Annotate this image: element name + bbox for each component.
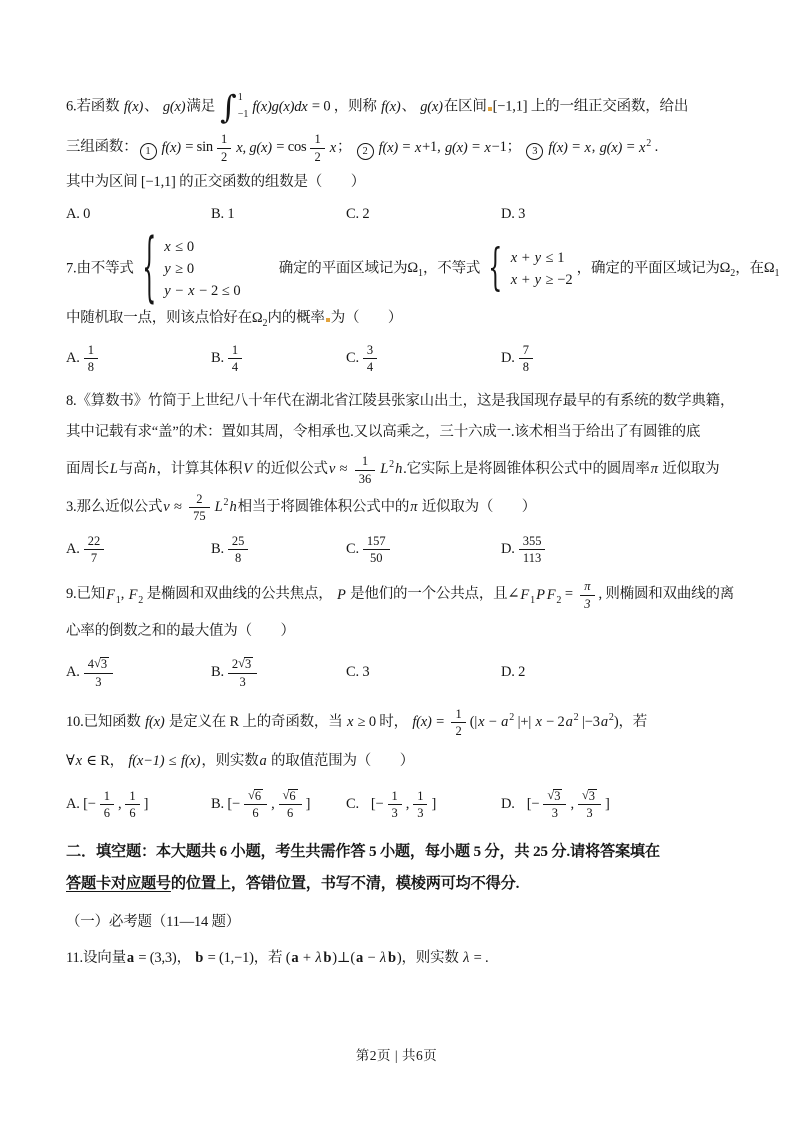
q7-line-2: 中随机取一点，则该点恰好在Ω2内的概率为（ ）	[66, 308, 733, 331]
q9-line-2: 心率的倒数之和的最大值为（ ）	[66, 621, 733, 643]
text-run: ，则实数	[201, 753, 258, 769]
option-cell: A. 4√33	[66, 657, 211, 689]
fraction: 34	[363, 343, 377, 375]
text-run: 与高	[119, 461, 148, 477]
math-variable: x	[483, 140, 491, 156]
text-run: =	[399, 140, 414, 156]
fraction: 12	[451, 707, 465, 739]
math-variable: f(x)	[547, 140, 568, 156]
text-run: ,	[570, 794, 573, 816]
fraction-denominator: 8	[519, 358, 533, 374]
math-variable: L	[109, 461, 119, 477]
subscript-group: Ω1	[407, 260, 423, 276]
text-run: −	[364, 950, 379, 966]
text-run: 面周长	[66, 461, 109, 477]
text-run: ≈	[171, 499, 186, 515]
circled-number-icon: 1	[140, 143, 157, 160]
text-run: ,	[118, 794, 121, 816]
option-cell: B. 258	[211, 534, 346, 566]
fraction-numerator: √3	[578, 789, 601, 805]
fraction-numerator: 355	[519, 534, 546, 549]
fraction-denominator: 3	[580, 595, 594, 611]
math-variable: P	[535, 587, 546, 603]
text-run: 在区间	[444, 99, 487, 115]
fraction-numerator: 1	[100, 789, 114, 804]
fraction-numerator: 1	[388, 789, 402, 804]
q8-line-1: 8.《算数书》竹简于上世纪八十年代在湖北省江陵县张家山出土，这是我国现存最早的有…	[66, 391, 733, 413]
text-run: B. 1	[211, 204, 234, 226]
integral-lower-limit: −1	[238, 110, 249, 120]
square-root: √3	[238, 657, 253, 672]
fraction-numerator: 1	[84, 343, 98, 358]
fraction-numerator: 25	[228, 534, 249, 549]
fraction-numerator: 4√3	[84, 657, 113, 673]
math-variable: f(x−1)	[127, 753, 165, 769]
fraction-denominator: 3	[578, 804, 601, 820]
text-run: .它实际上是将圆锥体积公式中的圆周率	[403, 461, 650, 477]
text-run: +	[299, 950, 314, 966]
text-run: .	[651, 140, 658, 156]
superscript-group: a2	[600, 714, 614, 730]
brace-icon: {	[142, 231, 156, 306]
math-variable: y	[163, 283, 171, 299]
subscript-base: F	[105, 587, 116, 603]
math-variable: π	[650, 461, 659, 477]
q8-line-3: 面周长L与高h，计算其体积V 的近似公式v ≈ 136L2h.它实际上是将圆锥体…	[66, 454, 733, 486]
text-run: |−3	[579, 714, 600, 730]
math-variable: g(x)	[599, 140, 624, 156]
text-run: = sin	[182, 140, 213, 156]
text-run: A. 0	[66, 204, 90, 226]
text-run: D. 2	[501, 662, 525, 684]
superscript-group: L2	[379, 461, 394, 477]
fraction-numerator: 1	[413, 789, 427, 804]
math-variable: y	[534, 272, 542, 288]
text-run: (|	[470, 714, 477, 730]
text-run: ≤ 1	[542, 250, 564, 266]
fraction-numerator: 1	[451, 707, 465, 722]
text-run: 是椭圆和双曲线的公共焦点，	[143, 587, 336, 603]
text-run: ≈	[336, 461, 351, 477]
math-variable: x	[414, 140, 422, 156]
text-run: = (3,3)，	[135, 950, 194, 966]
text-run: = cos	[273, 140, 307, 156]
system-rows: x ≤ 0y ≥ 0y − x − 2 ≤ 0	[163, 238, 240, 300]
subscript-group: F2	[546, 587, 562, 603]
text-run: =	[623, 140, 638, 156]
text-run: 、	[401, 99, 419, 115]
fraction: √66	[244, 789, 267, 821]
text-run: 相当于将圆锥体积公式中的	[238, 499, 410, 515]
math-variable: λ	[462, 950, 470, 966]
text-run: C.	[346, 348, 359, 370]
text-run: = 0 ，则称	[309, 99, 381, 115]
math-variable: f(x)g(x)dx	[251, 99, 308, 115]
text-run: 近似取为（ ）	[418, 499, 536, 515]
system-row: y − x − 2 ≤ 0	[163, 282, 240, 300]
fraction-denominator: 2	[310, 148, 324, 164]
option-cell: B. [−√66,√66]	[211, 789, 346, 821]
fraction: √33	[578, 789, 601, 821]
text-run: ；	[337, 140, 355, 156]
fraction: 18	[84, 343, 98, 375]
math-variable: x	[75, 753, 83, 769]
subscript-base: Ω	[407, 260, 418, 276]
math-variable: x, g(x)	[235, 140, 273, 156]
math-variable: f(x)	[161, 140, 182, 156]
option-cell: D. 355113	[501, 534, 733, 566]
subscript-group: Ω2	[252, 310, 268, 326]
text-run: +	[518, 250, 533, 266]
text-run: 满足	[186, 99, 215, 115]
fraction: π3	[580, 579, 594, 611]
integral-limits: 1−1	[237, 92, 249, 122]
subscript: 1	[774, 268, 779, 279]
q6-line-2: 三组函数：1f(x) = sin12x, g(x) = cos12x； 2f(x…	[66, 132, 733, 164]
math-variable: g(x)	[419, 99, 444, 115]
superscript-base: a	[600, 714, 609, 730]
option-cell: C. 3	[346, 662, 501, 684]
text-run: 确定的平面区域记为	[279, 260, 408, 276]
fraction-denominator: 113	[519, 549, 546, 565]
subscript-base: F	[546, 587, 557, 603]
math-variable: a	[259, 753, 268, 769]
fraction-numerator: 157	[363, 534, 390, 549]
fraction-denominator: 4	[363, 358, 377, 374]
fraction: 16	[125, 789, 139, 821]
option-cell: C.[−13,13]	[346, 789, 501, 821]
text-run: ,	[406, 794, 409, 816]
fraction-numerator: √6	[279, 789, 302, 805]
math-variable: x	[510, 250, 518, 266]
radicand: 6	[288, 789, 297, 804]
math-variable: y	[534, 250, 542, 266]
text-run: ，确定的平面区域记为	[577, 260, 720, 276]
text-run: 、	[144, 99, 162, 115]
math-variable: f(x)	[144, 714, 165, 730]
fraction: 15750	[363, 534, 390, 566]
fraction-denominator: 3	[388, 804, 402, 820]
q6-line-1: 6.若函数 f(x)、 g(x)满足∫1−1f(x)g(x)dx = 0 ，则称…	[66, 92, 733, 122]
subscript-group: Ω2	[720, 260, 736, 276]
text-run: ]	[144, 794, 149, 816]
text-run: )，则实数	[397, 950, 462, 966]
radicand: 3	[553, 789, 562, 804]
fraction: 2√33	[228, 657, 257, 689]
q7-options: A. 18B. 14C. 34D. 78	[66, 343, 733, 375]
math-variable: f(x)	[380, 99, 401, 115]
math-variable: π	[409, 499, 418, 515]
inequality-system: {x ≤ 0y ≥ 0y − x − 2 ≤ 0	[138, 238, 241, 300]
fraction-denominator: 4	[228, 358, 242, 374]
text-run: +	[518, 272, 533, 288]
text-run: ≤ 0	[172, 239, 194, 255]
math-variable: x	[329, 140, 337, 156]
q8-line-4: 3.那么近似公式v ≈ 275L2h相当于将圆锥体积公式中的π 近似取为（ ）	[66, 492, 733, 524]
fraction: 258	[228, 534, 249, 566]
square-root: √3	[547, 789, 562, 804]
text-run: ]	[431, 794, 436, 816]
q6-line-3: 其中为区间 [−1,1] 的正交函数的组数是（ ）	[66, 172, 733, 194]
vector-symbol: b	[387, 950, 397, 966]
q10-line-1: 10.已知函数 f(x) 是定义在 R 上的奇函数，当 x ≥ 0 时， f(x…	[66, 707, 733, 739]
text-run: ∈ R，	[83, 753, 128, 769]
fraction: √66	[279, 789, 302, 821]
text-run: 心率的倒数之和的最大值为（ ）	[66, 623, 295, 639]
superscript-group: x2	[638, 140, 651, 156]
text-run: ∀	[66, 753, 75, 769]
system-row: x + y ≤ 1	[510, 249, 573, 267]
option-cell: A. 0	[66, 204, 211, 226]
fraction-denominator: 3	[543, 804, 566, 820]
text-run: =	[561, 587, 576, 603]
text-run: − 2	[543, 714, 565, 730]
fraction-numerator: 1	[310, 132, 324, 147]
fraction: 12	[217, 132, 231, 164]
text-run: ,	[592, 140, 599, 156]
fraction: 4√33	[84, 657, 113, 689]
text-run: 二．填空题：本大题共 6 小题，考生共需作答 5 小题，每小题 5 分，共 25…	[66, 843, 660, 860]
math-variable: f(x)	[180, 753, 201, 769]
superscript-base: a	[500, 714, 509, 730]
text-run: )⊥(	[332, 950, 355, 966]
text-run: 为（ ）	[331, 310, 403, 326]
text-run: B.	[211, 539, 224, 561]
brace-icon: {	[488, 244, 502, 293]
math-variable: g(x)	[444, 140, 469, 156]
square-root: √3	[94, 657, 109, 672]
math-variable: P	[336, 587, 347, 603]
text-run: C. 2	[346, 204, 369, 226]
text-run: 8.《算数书》竹简于上世纪八十年代在湖北省江陵县张家山出土，这是我国现存最早的有…	[66, 393, 734, 409]
fraction-numerator: π	[580, 579, 594, 594]
q8-options: A. 227B. 258C. 15750D. 355113	[66, 534, 733, 566]
fraction-denominator: 3	[413, 804, 427, 820]
superscript-base: a	[565, 714, 574, 730]
vector-symbol: b	[194, 950, 204, 966]
text-run: −	[172, 283, 187, 299]
text-run: ≥ 0	[172, 261, 194, 277]
fraction-numerator: √3	[543, 789, 566, 805]
vector-symbol: a	[126, 950, 135, 966]
circled-number-icon: 3	[526, 143, 543, 160]
text-run: 的取值范围为（ ）	[268, 753, 414, 769]
text-run: ，计算其体积	[156, 461, 242, 477]
scan-artifact-dot	[326, 318, 330, 322]
radicand: 3	[588, 789, 597, 804]
fraction: 13	[413, 789, 427, 821]
text-run: [−1,1] 上的一组正交函数，给出	[493, 99, 688, 115]
text-run: 内的概率	[267, 310, 324, 326]
fraction-denominator: 3	[84, 673, 113, 689]
fraction-denominator: 2	[451, 722, 465, 738]
fraction-numerator: 1	[358, 454, 372, 469]
text-run: D.	[501, 348, 515, 370]
subscript-base: Ω	[720, 260, 731, 276]
text-run: 三组函数：	[66, 140, 138, 156]
option-cell: B. 2√33	[211, 657, 346, 689]
q7-line-1: 7.由不等式{x ≤ 0y ≥ 0y − x − 2 ≤ 0确定的平面区域记为Ω…	[66, 238, 733, 300]
text-run: 近似取为	[659, 461, 720, 477]
math-variable: x	[346, 714, 354, 730]
fraction: 355113	[519, 534, 546, 566]
math-variable: v	[328, 461, 336, 477]
text-run: 9.已知	[66, 587, 105, 603]
text-run: |+|	[514, 714, 534, 730]
math-variable: v	[162, 499, 170, 515]
text-run: A. [−	[66, 794, 96, 816]
text-run: B.	[211, 662, 224, 684]
q9-options: A. 4√33B. 2√33C. 3D. 2	[66, 657, 733, 689]
fraction: 13	[388, 789, 402, 821]
superscript-group: a2	[500, 714, 514, 730]
fraction: 275	[189, 492, 210, 524]
radicand: 6	[254, 789, 263, 804]
subscript-group: F1	[105, 587, 121, 603]
text-run: B. [−	[211, 794, 240, 816]
text-run: ，不等式	[423, 260, 480, 276]
exam-paper-page: 6.若函数 f(x)、 g(x)满足∫1−1f(x)g(x)dx = 0 ，则称…	[0, 0, 793, 1122]
fraction-numerator: 1	[217, 132, 231, 147]
option-cell: A. [−16,16]	[66, 789, 211, 821]
text-run: ≥ 0 时，	[354, 714, 411, 730]
fraction-numerator: 2√3	[228, 657, 257, 673]
vector-symbol: b	[322, 950, 332, 966]
math-variable: f(x)	[123, 99, 144, 115]
text-run: （一）必考题（11—14 题）	[66, 914, 240, 930]
text-run: ≥ −2	[542, 272, 573, 288]
subscript-base: Ω	[252, 310, 263, 326]
text-run: ,	[121, 587, 128, 603]
fraction-numerator: √6	[244, 789, 267, 805]
text-run: ,	[271, 794, 274, 816]
superscript-group: L2	[214, 499, 229, 515]
fraction-denominator: 6	[244, 804, 267, 820]
radicand: 3	[244, 657, 253, 672]
text-run: ]	[306, 794, 311, 816]
text-run: 的位置上，答错位置，书写不清，模棱两可均不得分.	[171, 875, 519, 892]
circled-number-icon: 2	[357, 143, 374, 160]
text-run: 中随机取一点，则该点恰好在	[66, 310, 252, 326]
questions-area: 6.若函数 f(x)、 g(x)满足∫1−1f(x)g(x)dx = 0 ，则称…	[66, 92, 733, 970]
option-cell: A. 18	[66, 343, 211, 375]
fraction: 227	[84, 534, 105, 566]
subscript-group: F1	[519, 587, 535, 603]
text-run: ≤	[165, 753, 180, 769]
subscript-base: Ω	[764, 260, 775, 276]
q6-options: A. 0B. 1C. 2D. 3	[66, 204, 733, 226]
text-run: 11.设向量	[66, 950, 126, 966]
text-run: .	[485, 950, 488, 966]
system-rows: x + y ≤ 1x + y ≥ −2	[510, 249, 573, 289]
subscript-base: F	[519, 587, 530, 603]
text-run: ，在	[735, 260, 764, 276]
option-cell: A. 227	[66, 534, 211, 566]
scan-artifact-dot	[488, 107, 492, 111]
fraction-numerator: 7	[519, 343, 533, 358]
fraction-numerator: 1	[228, 343, 242, 358]
text-run: C.	[346, 794, 359, 816]
q10-options: A. [−16,16]B. [−√66,√66]C.[−13,13]D.[−√3…	[66, 789, 733, 821]
text-run: 是定义在 R 上的奇函数，当	[165, 714, 345, 730]
superscript-base: L	[214, 499, 224, 515]
text-run: 3.那么近似公式	[66, 499, 162, 515]
page-number-label: 第2页 | 共6页	[356, 1048, 437, 1063]
vector-symbol: a	[355, 950, 364, 966]
text-run: ]	[605, 794, 610, 816]
text-run: D. 3	[501, 204, 525, 226]
math-variable: g(x)	[162, 99, 187, 115]
math-variable: x	[187, 283, 195, 299]
text-run: 其中记载有求“盖”的术：置如其周，令相承也.又以高乘之，三十六成一.该术相当于给…	[66, 424, 700, 440]
text-run: 10.已知函数	[66, 714, 144, 730]
math-variable: y	[163, 261, 171, 277]
page-footer: 第2页 | 共6页	[0, 1044, 793, 1064]
text-run: − 2 ≤ 0	[196, 283, 241, 299]
square-root: √3	[582, 789, 597, 804]
text-run: =	[569, 140, 584, 156]
option-cell: C. 34	[346, 343, 501, 375]
math-variable: x	[163, 239, 171, 255]
text-run: 6.若函数	[66, 99, 123, 115]
option-cell: D. 2	[501, 662, 733, 684]
fraction: 16	[100, 789, 114, 821]
text-run: A.	[66, 539, 80, 561]
option-cell: D. 3	[501, 204, 733, 226]
math-variable: x	[584, 140, 592, 156]
option-cell: C. 15750	[346, 534, 501, 566]
text-run: [−	[527, 794, 540, 816]
text-run: , 则椭圆和双曲线的离	[599, 587, 735, 603]
text-run: =	[433, 714, 448, 730]
math-variable: x	[510, 272, 518, 288]
system-row: x + y ≥ −2	[510, 271, 573, 289]
fraction-denominator: 6	[279, 804, 302, 820]
math-variable: f(x)	[411, 714, 432, 730]
text-run: 其中为区间 [−1,1] 的正交函数的组数是（ ）	[66, 174, 365, 190]
text-run: +1,	[422, 140, 444, 156]
section2-header-line-2: 答题卡对应题号的位置上，答错位置，书写不清，模棱两可均不得分.	[66, 873, 733, 896]
fraction-numerator: 3	[363, 343, 377, 358]
q11-line-1: 11.设向量a = (3,3)， b = (1,−1)，若 (a + λb)⊥(…	[66, 948, 733, 970]
math-variable: h	[394, 461, 403, 477]
option-cell: C. 2	[346, 204, 501, 226]
text-run: C. 3	[346, 662, 369, 684]
fraction: 14	[228, 343, 242, 375]
text-run: C.	[346, 539, 359, 561]
integral-icon: ∫	[220, 92, 237, 122]
fraction-numerator: 1	[125, 789, 139, 804]
radicand: 3	[100, 657, 109, 672]
system-row: y ≥ 0	[163, 260, 240, 278]
fraction-denominator: 6	[100, 804, 114, 820]
text-run: =	[470, 950, 485, 966]
math-variable: λ	[379, 950, 387, 966]
option-cell: B. 1	[211, 204, 346, 226]
integral-upper-limit: 1	[238, 93, 249, 103]
definite-integral: ∫1−1	[220, 92, 248, 122]
text-run: B.	[211, 348, 224, 370]
fraction: 78	[519, 343, 533, 375]
fraction-denominator: 36	[355, 470, 376, 486]
text-run: 是他们的一个公共点，且∠	[347, 587, 520, 603]
fraction: √33	[543, 789, 566, 821]
underlined-text: 答题卡对应题号	[66, 875, 171, 892]
subsection-required-label: （一）必考题（11—14 题）	[66, 912, 733, 934]
superscript-base: L	[379, 461, 389, 477]
fraction-denominator: 50	[363, 549, 390, 565]
q9-line-1: 9.已知F1, F2 是椭圆和双曲线的公共焦点， P 是他们的一个公共点，且∠F…	[66, 579, 733, 611]
